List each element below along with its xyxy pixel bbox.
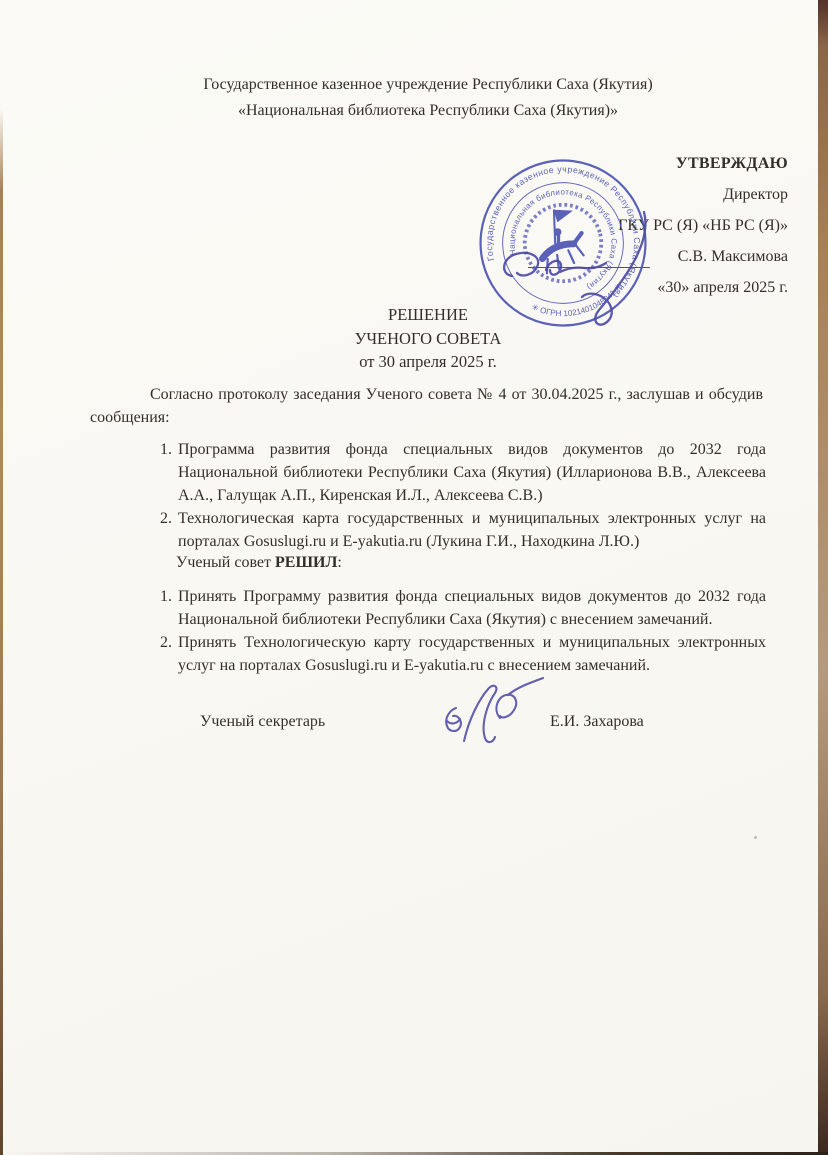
title-line3: от 30 апреля 2025 г.	[90, 350, 766, 374]
resolved-suffix: :	[337, 554, 341, 571]
resolved-keyword: РЕШИЛ	[275, 554, 337, 571]
org-name-line2: «Национальная библиотека Республики Саха…	[90, 98, 766, 124]
document-title: РЕШЕНИЕ УЧЕНОГО СОВЕТА от 30 апреля 2025…	[90, 303, 766, 374]
report-item: Технологическая карта государственных и …	[176, 507, 766, 553]
intro-paragraph: Согласно протоколу заседания Ученого сов…	[90, 383, 763, 429]
scan-speck	[754, 836, 757, 839]
report-item: Программа развития фонда специальных вид…	[176, 438, 766, 507]
org-header: Государственное казенное учреждение Респ…	[90, 72, 766, 124]
title-line1: РЕШЕНИЕ	[90, 303, 766, 327]
reports-list: Программа развития фонда специальных вид…	[90, 438, 766, 553]
title-line2: УЧЕНОГО СОВЕТА	[90, 327, 766, 351]
reports-list-block: Программа развития фонда специальных вид…	[90, 438, 766, 553]
signer-role: Ученый секретарь	[200, 713, 325, 731]
scan-edge-right	[818, 0, 828, 1155]
scanned-document-page: Государственное казенное учреждение Респ…	[0, 0, 828, 1155]
footer-signature-row: Ученый секретарь Е.И. Захарова	[90, 713, 766, 743]
resolved-line: Ученый совет РЕШИЛ:	[176, 551, 342, 574]
resolved-prefix: Ученый совет	[176, 554, 275, 571]
decision-item: Принять Программу развития фонда специал…	[176, 585, 766, 631]
org-name-line1: Государственное казенное учреждение Респ…	[90, 72, 766, 98]
scan-edge-left	[0, 108, 3, 1155]
signer-name: Е.И. Захарова	[550, 713, 644, 731]
